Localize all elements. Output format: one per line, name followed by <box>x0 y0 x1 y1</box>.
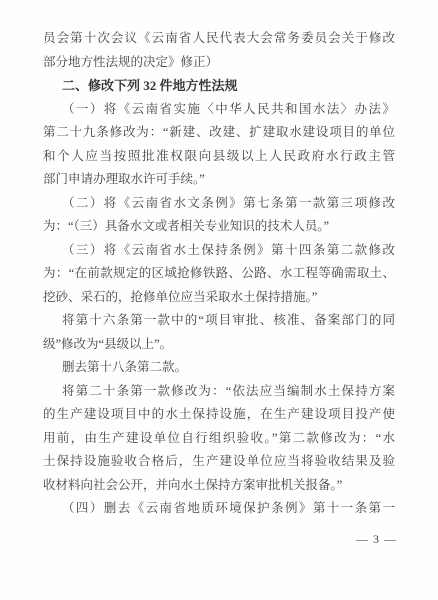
document-line: 删去第十八条第二款。 <box>43 356 395 380</box>
document-line: （一）将《云南省实施〈中华人民共和国水法〉办法》 <box>43 98 395 122</box>
document-line: 为：“在前款规定的区域抢修铁路、公路、水工程等确需取土、 <box>43 262 395 286</box>
document-page: 员会第十次会议《云南省人民代表大会常务委员会关于修改部分地方性法规的决定》修正）… <box>0 0 438 600</box>
document-line: （三）将《云南省水土保持条例》第十四条第二款修改 <box>43 239 395 263</box>
document-line: （二）将《云南省水文条例》第七条第一款第三项修改 <box>43 192 395 216</box>
document-line: （四）删去《云南省地质环境保护条例》第十一条第一 <box>43 497 395 521</box>
section-heading: 二、修改下列 32 件地方性法规 <box>43 74 395 98</box>
document-line: 收材料向社会公开，并向水土保持方案审批机关报备。” <box>43 474 395 498</box>
document-line: 员会第十次会议《云南省人民代表大会常务委员会关于修改 <box>43 27 395 51</box>
document-line: 挖砂、采石的，抢修单位应当采取水土保持措施。” <box>43 286 395 310</box>
document-line: 为：“（三）具备水文或者相关专业知识的技术人员。” <box>43 215 395 239</box>
document-line: 部分地方性法规的决定》修正） <box>43 51 395 75</box>
document-line: 级”修改为“县级以上”。 <box>43 333 395 357</box>
text-block: 员会第十次会议《云南省人民代表大会常务委员会关于修改部分地方性法规的决定》修正）… <box>43 27 395 521</box>
document-line: 第二十九条修改为：“新建、改建、扩建取水建设项目的单位 <box>43 121 395 145</box>
document-line: 和个人应当按照批准权限向县级以上人民政府水行政主管 <box>43 145 395 169</box>
document-line: 将第二十条第一款修改为：“依法应当编制水土保持方案 <box>43 380 395 404</box>
document-line: 土保持设施验收合格后，生产建设单位应当将验收结果及验 <box>43 450 395 474</box>
document-line: 将第十六条第一款中的“项目审批、核准、备案部门的同 <box>43 309 395 333</box>
document-line: 用前，由生产建设单位自行组织验收。”第二款修改为：“水 <box>43 427 395 451</box>
page-number: — 3 — <box>356 531 397 547</box>
document-line: 的生产建设项目中的水土保持设施，在生产建设项目投产使 <box>43 403 395 427</box>
document-line: 部门申请办理取水许可手续。” <box>43 168 395 192</box>
